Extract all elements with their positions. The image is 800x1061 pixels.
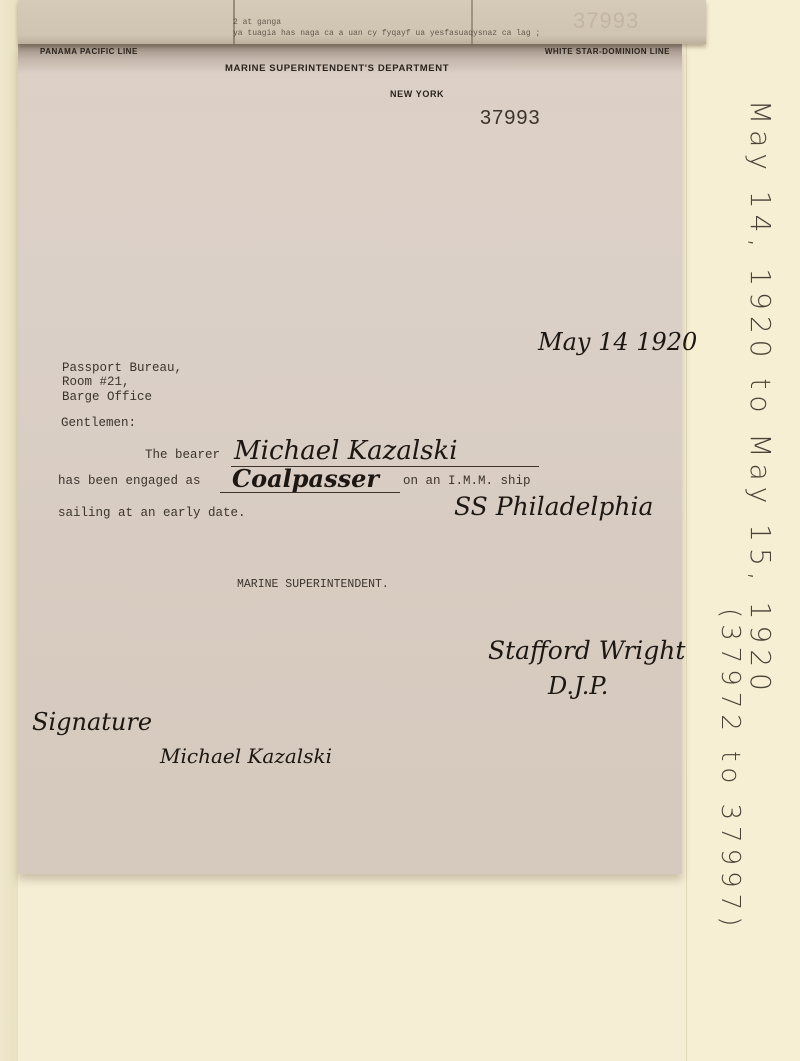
ship-clause: on an I.M.M. ship (403, 474, 531, 488)
salutation: Gentlemen: (61, 416, 136, 430)
letterhead-right-line: WHITE STAR-DOMINION LINE (545, 47, 670, 56)
bearer-label: The bearer (145, 448, 220, 462)
slip-text-line: ya tuagia has naga ca a uan cy fyqayf ua… (233, 29, 540, 38)
letterhead-city: NEW YORK (390, 89, 444, 99)
superintendent-initials: D.J.P. (548, 672, 608, 700)
superintendent-signature: Stafford Wright (488, 636, 685, 665)
slip-ghost-number: 37993 (573, 8, 639, 34)
sailing-line: sailing at an early date. (58, 506, 246, 520)
signature-label: Signature (32, 708, 152, 736)
mount-board-margin: May 14, 1920 to May 15, 1920 (37972 to 3… (686, 0, 800, 1061)
mount-board-left (0, 0, 18, 1061)
closing-title: MARINE SUPERINTENDENT. (237, 578, 389, 591)
ship-name-handwritten: SS Philadelphia (454, 492, 653, 521)
letterhead-left-line: PANAMA PACIFIC LINE (40, 47, 138, 56)
addressee-line: Passport Bureau, (62, 361, 182, 375)
document-number-stamp: 37993 (480, 107, 541, 130)
margin-note-line1: May 14, 1920 to May 15, 1920 (744, 100, 777, 697)
addressee-line: Room #21, (62, 375, 130, 389)
bearer-signature: Michael Kazalski (160, 744, 332, 768)
engaged-label: has been engaged as (58, 474, 201, 488)
margin-note-line2: (37972 to 37997) (715, 608, 745, 932)
letterhead-department: MARINE SUPERINTENDENT'S DEPARTMENT (225, 63, 449, 74)
slip-text-line: 2 at ganga (233, 18, 281, 27)
position-handwritten: Coalpasser (232, 464, 379, 493)
bearer-name-handwritten: Michael Kazalski (234, 436, 458, 466)
addressee-line: Barge Office (62, 390, 152, 404)
overlapping-document-slip: 2 at ganga ya tuagia has naga ca a uan c… (18, 0, 706, 44)
letter-document: PANAMA PACIFIC LINE WHITE STAR-DOMINION … (18, 44, 682, 874)
handwritten-date: May 14 1920 (538, 328, 697, 356)
